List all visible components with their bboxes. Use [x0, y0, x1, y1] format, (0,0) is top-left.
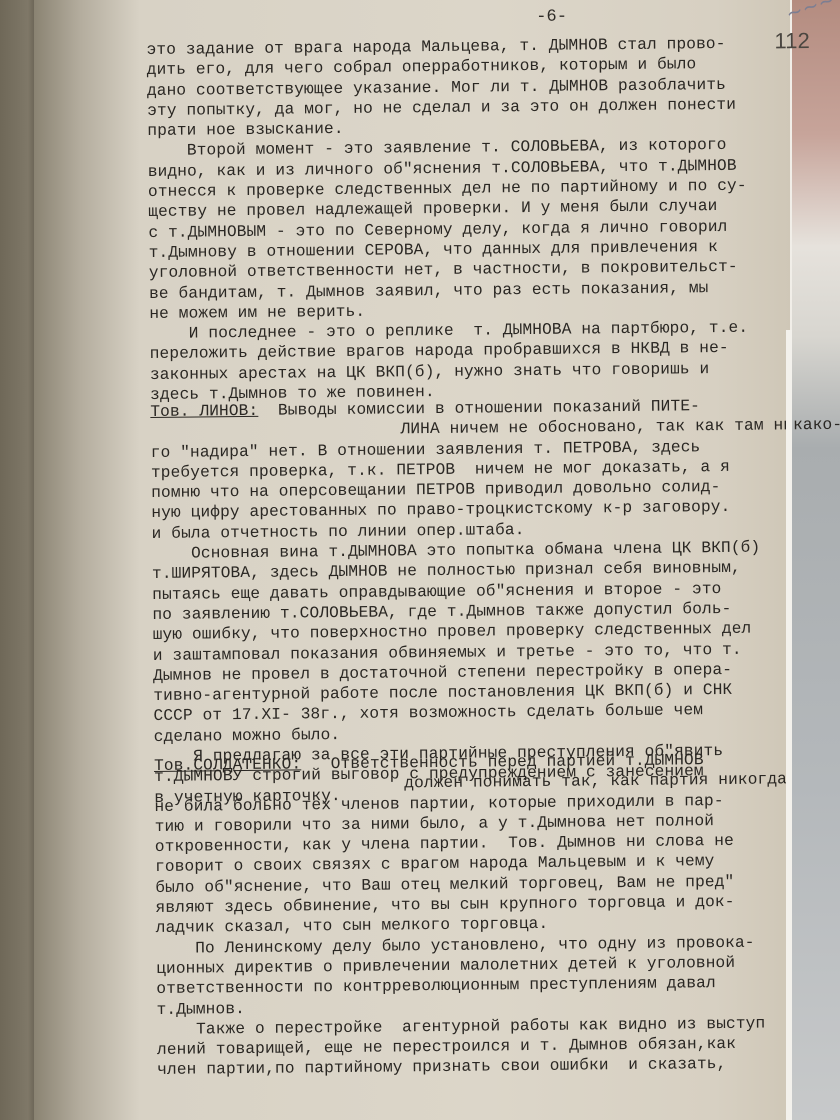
folio-stamp: 112: [774, 31, 810, 52]
speech-soldatenko-first-line: Ответственность перед партией т.ДЫМНОВ: [331, 751, 704, 773]
page-number: -6-: [536, 8, 567, 29]
speech-soldatenko: Тов.СОЛДАТЕНКО: Ответственность перед па…: [154, 749, 790, 1080]
speech-linov: Тов. ЛИНОВ: Выводы комиссии в отношении …: [150, 395, 840, 808]
speaker-soldatenko: Тов.СОЛДАТЕНКО:: [154, 755, 301, 775]
page-edge: [786, 330, 792, 1120]
speaker-linov: Тов. ЛИНОВ:: [150, 402, 258, 421]
document-page: -6- ~~~ 112 это задание от врага народа …: [34, 0, 790, 1120]
paragraphs-block-1: это задание от врага народа Мальцева, т.…: [146, 34, 748, 406]
speech-soldatenko-body: не била больно тех членов партии, которы…: [154, 790, 790, 1081]
